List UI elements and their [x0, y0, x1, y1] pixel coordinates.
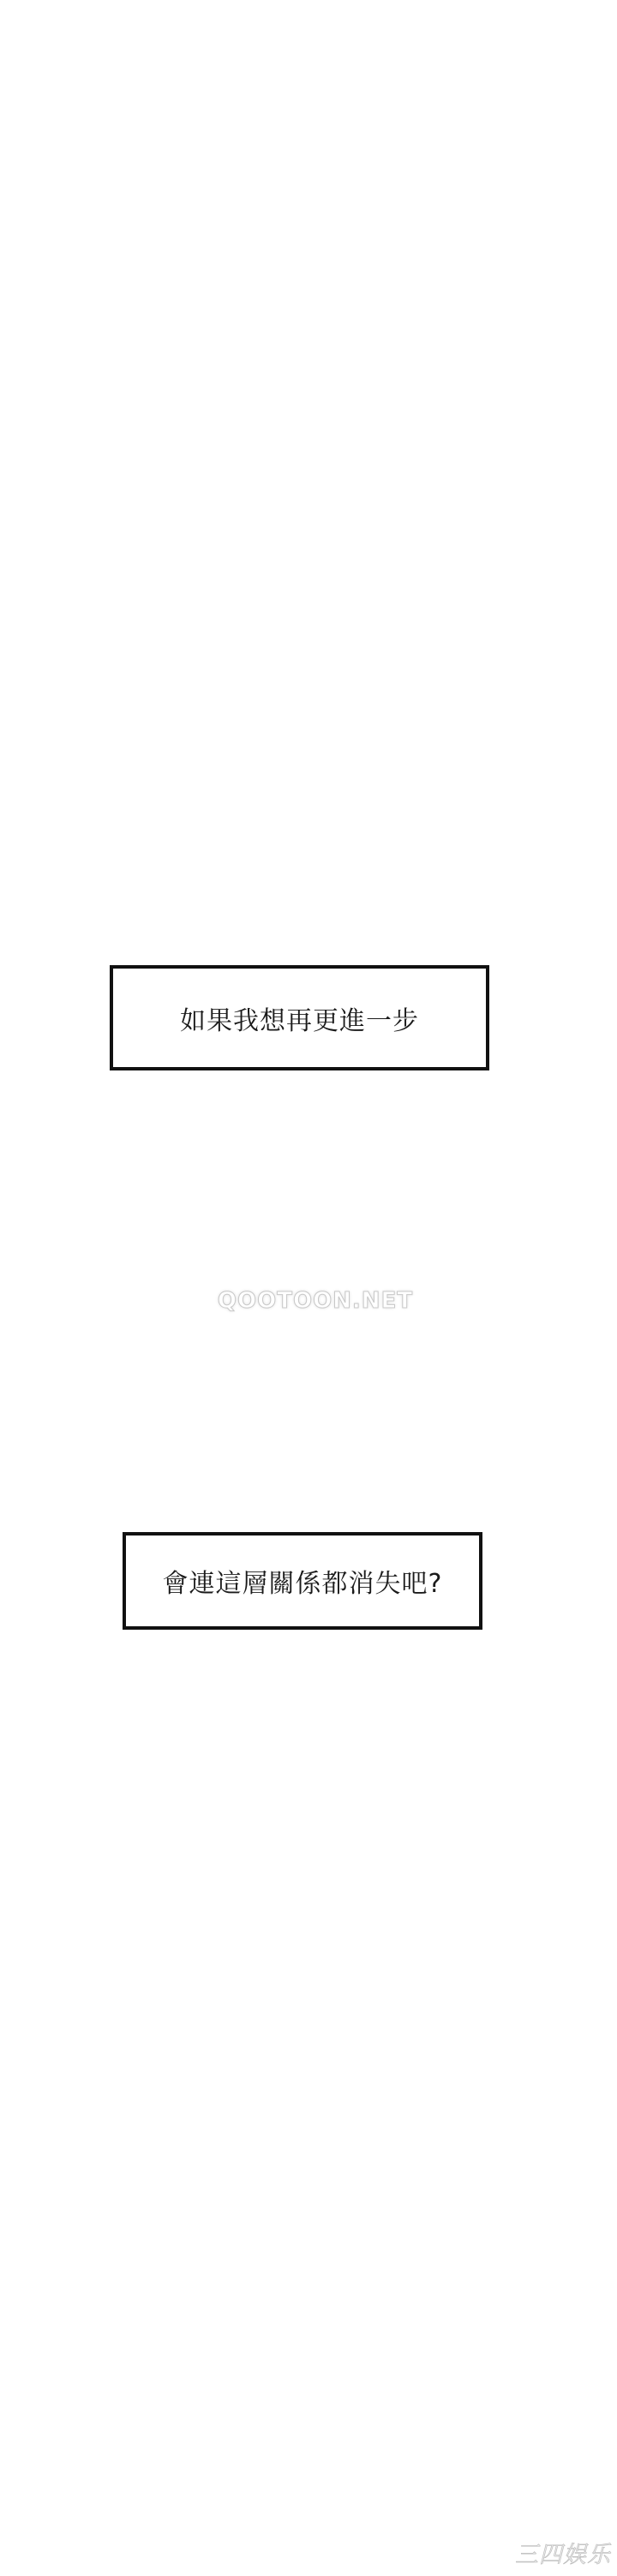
speech-box-2: 會連這層關係都消失吧? [123, 1532, 482, 1630]
comic-page: 如果我想再更進一步 QOOTOON.NET 會連這層關係都消失吧? 三四娱乐 [0, 0, 617, 2576]
speech-box-1-text: 如果我想再更進一步 [180, 999, 419, 1037]
speech-box-2-text: 會連這層關係都消失吧? [163, 1562, 443, 1600]
watermark-text: QOOTOON.NET [206, 1285, 425, 1317]
corner-logo: 三四娱乐 [512, 2535, 614, 2569]
speech-box-1: 如果我想再更進一步 [110, 965, 489, 1070]
